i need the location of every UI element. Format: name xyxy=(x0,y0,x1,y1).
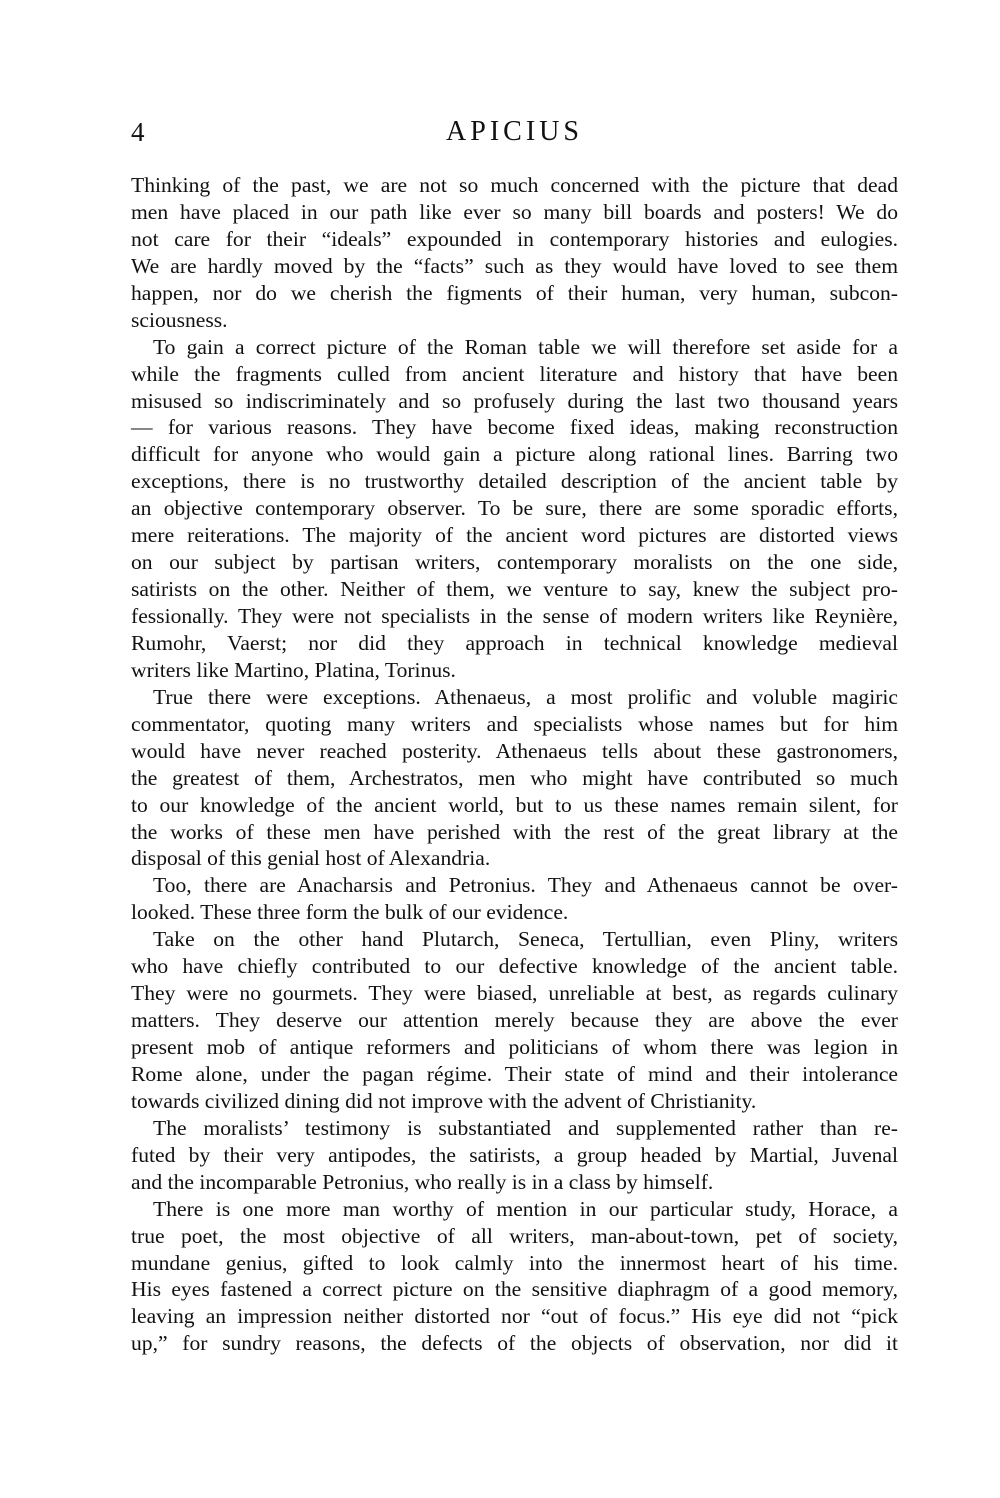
text-line: Rome alone, under the pagan régime. Thei… xyxy=(131,1061,898,1088)
text-line: They were no gourmets. They were biased,… xyxy=(131,980,898,1007)
page-header: 4 APICIUS xyxy=(131,112,898,152)
text-line: leaving an impression neither distorted … xyxy=(131,1303,898,1330)
text-line: commentator, quoting many writers and sp… xyxy=(131,711,898,738)
text-line: fessionally. They were not specialists i… xyxy=(131,603,898,630)
text-line: writers like Martino, Platina, Torinus. xyxy=(131,657,898,684)
text-line: the works of these men have perished wit… xyxy=(131,819,898,846)
text-line: who have chiefly contributed to our defe… xyxy=(131,953,898,980)
text-line: true poet, the most objective of all wri… xyxy=(131,1223,898,1250)
paragraph: To gain a correct picture of the Roman t… xyxy=(131,334,898,684)
text-line: not care for their “ideals” expounded in… xyxy=(131,226,898,253)
text-line: To gain a correct picture of the Roman t… xyxy=(131,334,898,361)
text-line: sciousness. xyxy=(131,307,898,334)
text-line: while the fragments culled from ancient … xyxy=(131,361,898,388)
text-line: towards civilized dining did not improve… xyxy=(131,1088,898,1115)
text-line: up,” for sundry reasons, the defects of … xyxy=(131,1330,898,1357)
text-line: satirists on the other. Neither of them,… xyxy=(131,576,898,603)
text-line: There is one more man worthy of mention … xyxy=(131,1196,898,1223)
paragraph: Take on the other hand Plutarch, Seneca,… xyxy=(131,926,898,1115)
text-line: Rumohr, Vaerst; nor did they approach in… xyxy=(131,630,898,657)
body-text: Thinking of the past, we are not so much… xyxy=(131,172,898,1357)
text-line: on our subject by partisan writers, cont… xyxy=(131,549,898,576)
paragraph: There is one more man worthy of mention … xyxy=(131,1196,898,1358)
text-line: The moralists’ testimony is substantiate… xyxy=(131,1115,898,1142)
text-line: Take on the other hand Plutarch, Seneca,… xyxy=(131,926,898,953)
text-line: futed by their very antipodes, the satir… xyxy=(131,1142,898,1169)
text-line: looked. These three form the bulk of our… xyxy=(131,899,898,926)
text-line: True there were exceptions. Athenaeus, a… xyxy=(131,684,898,711)
paragraph: The moralists’ testimony is substantiate… xyxy=(131,1115,898,1196)
text-line: to our knowledge of the ancient world, b… xyxy=(131,792,898,819)
text-line: — for various reasons. They have become … xyxy=(131,414,898,441)
text-line: an objective contemporary observer. To b… xyxy=(131,495,898,522)
text-line: misused so indiscriminately and so profu… xyxy=(131,388,898,415)
paragraph: Thinking of the past, we are not so much… xyxy=(131,172,898,334)
text-line: happen, nor do we cherish the figments o… xyxy=(131,280,898,307)
text-line: mundane genius, gifted to look calmly in… xyxy=(131,1250,898,1277)
text-line: Thinking of the past, we are not so much… xyxy=(131,172,898,199)
text-line: and the incomparable Petronius, who real… xyxy=(131,1169,898,1196)
text-line: Too, there are Anacharsis and Petronius.… xyxy=(131,872,898,899)
paragraph: Too, there are Anacharsis and Petronius.… xyxy=(131,872,898,926)
text-line: matters. They deserve our attention mere… xyxy=(131,1007,898,1034)
text-line: would have never reached posterity. Athe… xyxy=(131,738,898,765)
text-line: mere reiterations. The majority of the a… xyxy=(131,522,898,549)
paragraph: True there were exceptions. Athenaeus, a… xyxy=(131,684,898,873)
text-line: His eyes fastened a correct picture on t… xyxy=(131,1276,898,1303)
running-title: APICIUS xyxy=(131,112,898,152)
text-line: exceptions, there is no trustworthy deta… xyxy=(131,468,898,495)
text-line: the greatest of them, Archestratos, men … xyxy=(131,765,898,792)
text-line: disposal of this genial host of Alexandr… xyxy=(131,845,898,872)
text-line: We are hardly moved by the “facts” such … xyxy=(131,253,898,280)
text-line: difficult for anyone who would gain a pi… xyxy=(131,441,898,468)
text-line: men have placed in our path like ever so… xyxy=(131,199,898,226)
text-line: present mob of antique reformers and pol… xyxy=(131,1034,898,1061)
